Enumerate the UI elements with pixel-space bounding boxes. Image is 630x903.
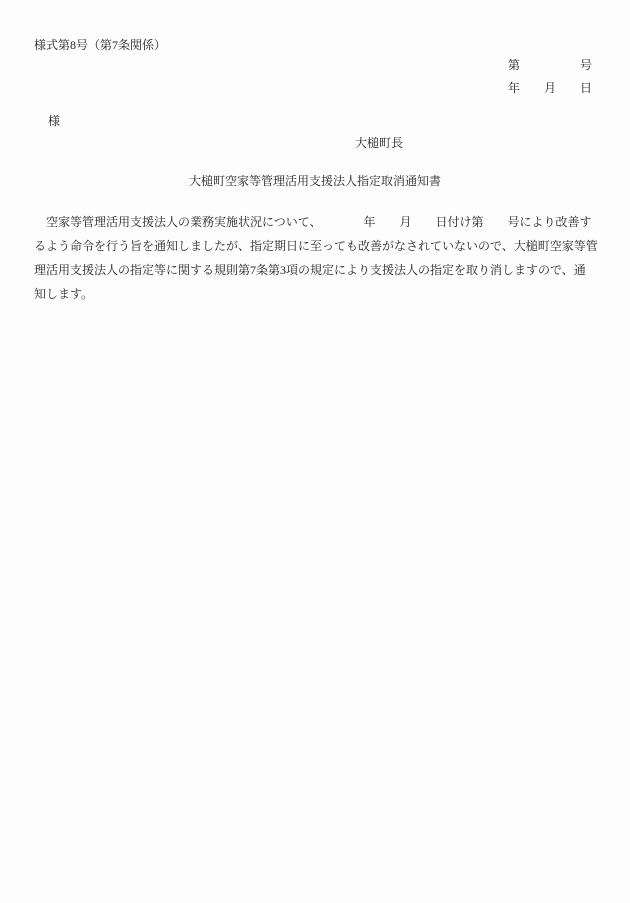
addressee-honorific: 様 [48, 112, 60, 129]
document-number-blank: 第 号 [508, 56, 592, 73]
body-line-3: 理活用支援法人の指定等に関する規則第7条第3項の規定により支援法人の指定を取り消… [34, 258, 600, 282]
document-page: 様式第8号（第7条関係） 第 号 年 月 日 様 大槌町長 大槌町空家等管理活用… [0, 0, 630, 903]
date-blank: 年 月 日 [508, 79, 592, 96]
body-paragraph: 空家等管理活用支援法人の業務実施状況について、 年 月 日付け第 号により改善す… [34, 210, 600, 306]
sender-title: 大槌町長 [355, 134, 403, 151]
body-line-4: 知します。 [34, 282, 600, 306]
document-title: 大槌町空家等管理活用支援法人指定取消通知書 [0, 172, 630, 189]
form-number: 様式第8号（第7条関係） [34, 36, 166, 53]
body-line-2: るよう命令を行う旨を通知しましたが、指定期日に至っても改善がなされていないので、… [34, 234, 600, 258]
body-line-1: 空家等管理活用支援法人の業務実施状況について、 年 月 日付け第 号により改善す [34, 210, 600, 234]
